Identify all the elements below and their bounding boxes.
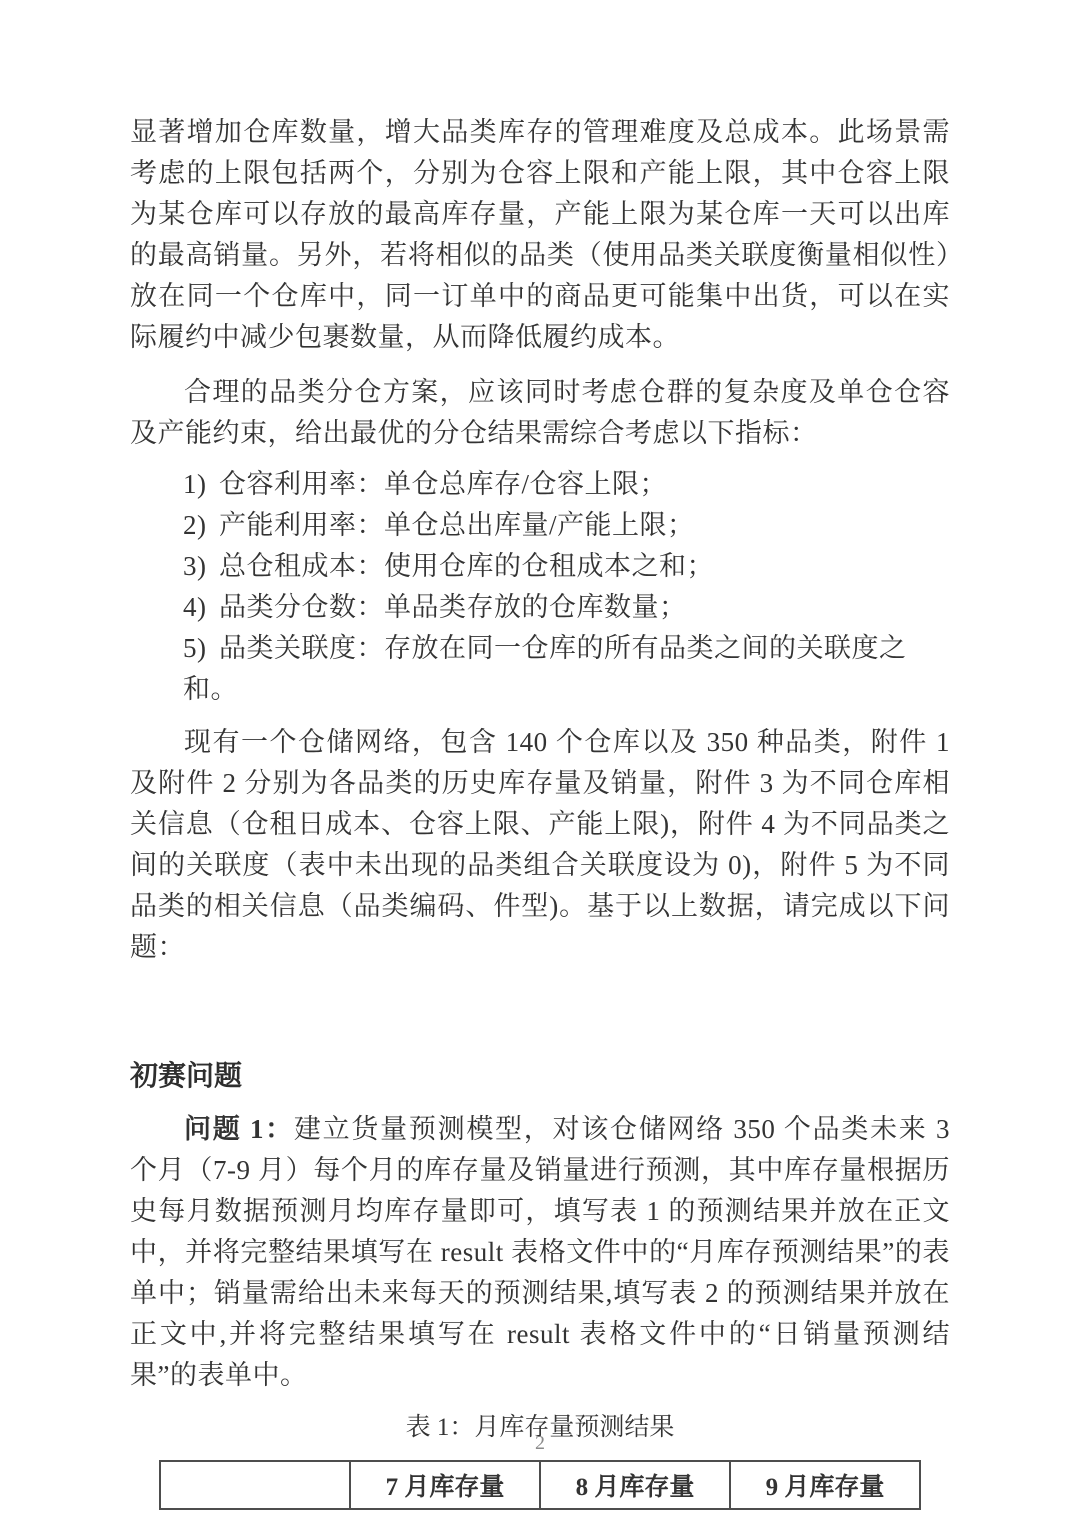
document-page: 显著增加仓库数量，增大品类库存的管理难度及总成本。此场景需考虑的上限包括两个，分… [0,0,1080,1527]
paragraph-allocation-plan: 合理的品类分仓方案，应该同时考虑仓群的复杂度及单仓仓容及产能约束，给出最优的分仓… [130,372,950,454]
page-number: 2 [0,1432,1080,1455]
document-content: 显著增加仓库数量，增大品类库存的管理难度及总成本。此场景需考虑的上限包括两个，分… [130,112,950,1510]
monthly-inventory-forecast-table: 7 月库存量 8 月库存量 9 月库存量 [159,1460,921,1510]
table-header-cell-empty [160,1461,350,1509]
section-heading-preliminary-problems: 初赛问题 [130,1056,950,1097]
table-header-cell-july: 7 月库存量 [350,1461,540,1509]
list-item-capacity-utilization: 1)仓容利用率：单仓总库存/仓容上限； [130,464,950,505]
table-header-cell-august: 8 月库存量 [540,1461,730,1509]
list-item-text: 总仓租成本：使用仓库的仓租成本之和； [219,551,714,581]
list-item-text: 品类分仓数：单品类存放的仓库数量； [219,592,687,622]
list-item-number: 2) [183,505,219,546]
paragraph-continuation: 显著增加仓库数量，增大品类库存的管理难度及总成本。此场景需考虑的上限包括两个，分… [130,112,950,358]
list-item-category-relatedness: 5)品类关联度：存放在同一仓库的所有品类之间的关联度之和。 [130,628,950,710]
paragraph-problem-1: 问题 1：建立货量预测模型，对该仓储网络 350 个品类未来 3 个月（7-9 … [130,1109,950,1396]
table-header-cell-september: 9 月库存量 [730,1461,920,1509]
list-item-number: 4) [183,587,219,628]
list-item-number: 3) [183,546,219,587]
problem-1-label: 问题 1： [184,1114,294,1144]
list-item-number: 1) [183,464,219,505]
table-header-row: 7 月库存量 8 月库存量 9 月库存量 [160,1461,920,1509]
list-item-text: 产能利用率：单仓总出库量/产能上限； [219,510,695,540]
list-item-text: 品类关联度：存放在同一仓库的所有品类之间的关联度之和。 [183,633,907,704]
paragraph-network-description: 现有一个仓储网络，包含 140 个仓库以及 350 种品类，附件 1 及附件 2… [130,722,950,968]
list-item-category-split-count: 4)品类分仓数：单品类存放的仓库数量； [130,587,950,628]
list-item-total-rent-cost: 3)总仓租成本：使用仓库的仓租成本之和； [130,546,950,587]
list-item-number: 5) [183,628,219,669]
metric-list: 1)仓容利用率：单仓总库存/仓容上限； 2)产能利用率：单仓总出库量/产能上限；… [130,464,950,710]
list-item-throughput-utilization: 2)产能利用率：单仓总出库量/产能上限； [130,505,950,546]
problem-1-text: 建立货量预测模型，对该仓储网络 350 个品类未来 3 个月（7-9 月）每个月… [130,1114,950,1390]
list-item-text: 仓容利用率：单仓总库存/仓容上限； [219,469,667,499]
